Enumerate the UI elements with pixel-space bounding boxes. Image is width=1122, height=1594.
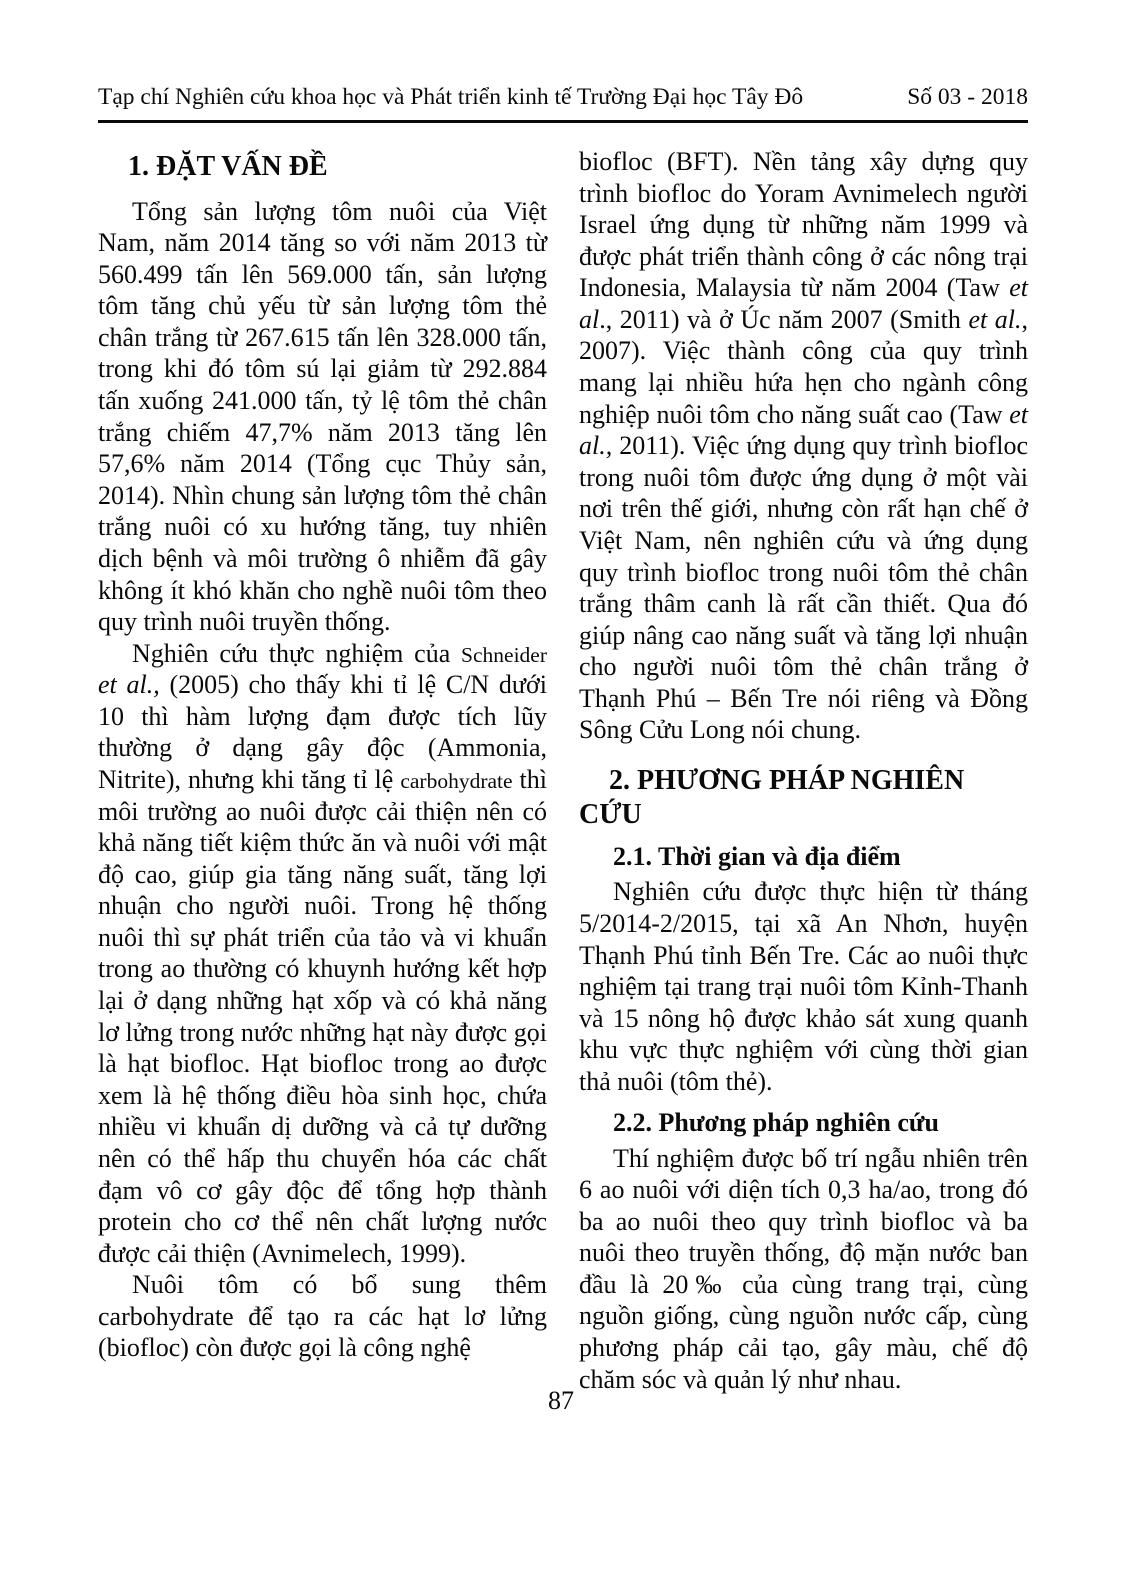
- section-1-heading: 1. ĐẶT VẤN ĐỀ: [98, 150, 547, 184]
- column-left: 1. ĐẶT VẤN ĐỀ Tổng sản lượng tôm nuôi củ…: [98, 146, 547, 1395]
- column-right: biofloc (BFT). Nền tảng xây dựng quy trì…: [579, 146, 1028, 1395]
- paragraph-intro-1: Tổng sản lượng tôm nuôi của Việt Nam, nă…: [98, 196, 547, 638]
- section-2-1-heading: 2.1. Thời gian và địa điểm: [579, 841, 1028, 872]
- paragraph-intro-2: Nghiên cứu thực nghiệm của Schneider et …: [98, 638, 547, 1270]
- paragraph-method: Thí nghiệm được bố trí ngẫu nhiên trên 6…: [579, 1143, 1028, 1396]
- paragraph-intro-3: Nuôi tôm có bổ sung thêm carbohydrate để…: [98, 1269, 547, 1364]
- section-2-2-heading: 2.2. Phương pháp nghiên cứu: [579, 1107, 1028, 1138]
- paragraph-intro-3-continuation: biofloc (BFT). Nền tảng xây dựng quy trì…: [579, 146, 1028, 746]
- paragraph-time-location: Nghiên cứu được thực hiện từ tháng 5/201…: [579, 876, 1028, 1097]
- journal-title: Tạp chí Nghiên cứu khoa học và Phát triể…: [98, 84, 803, 111]
- section-2-heading: 2. PHƯƠNG PHÁP NGHIÊN CỨU: [579, 764, 1028, 831]
- page-content: Tạp chí Nghiên cứu khoa học và Phát triể…: [0, 0, 1122, 1395]
- two-column-body: 1. ĐẶT VẤN ĐỀ Tổng sản lượng tôm nuôi củ…: [98, 146, 1028, 1395]
- issue-number: Số 03 - 2018: [877, 84, 1028, 111]
- page-number: 87: [0, 1386, 1122, 1416]
- paper-page: Tạp chí Nghiên cứu khoa học và Phát triể…: [0, 0, 1122, 1594]
- journal-header: Tạp chí Nghiên cứu khoa học và Phát triể…: [98, 84, 1028, 123]
